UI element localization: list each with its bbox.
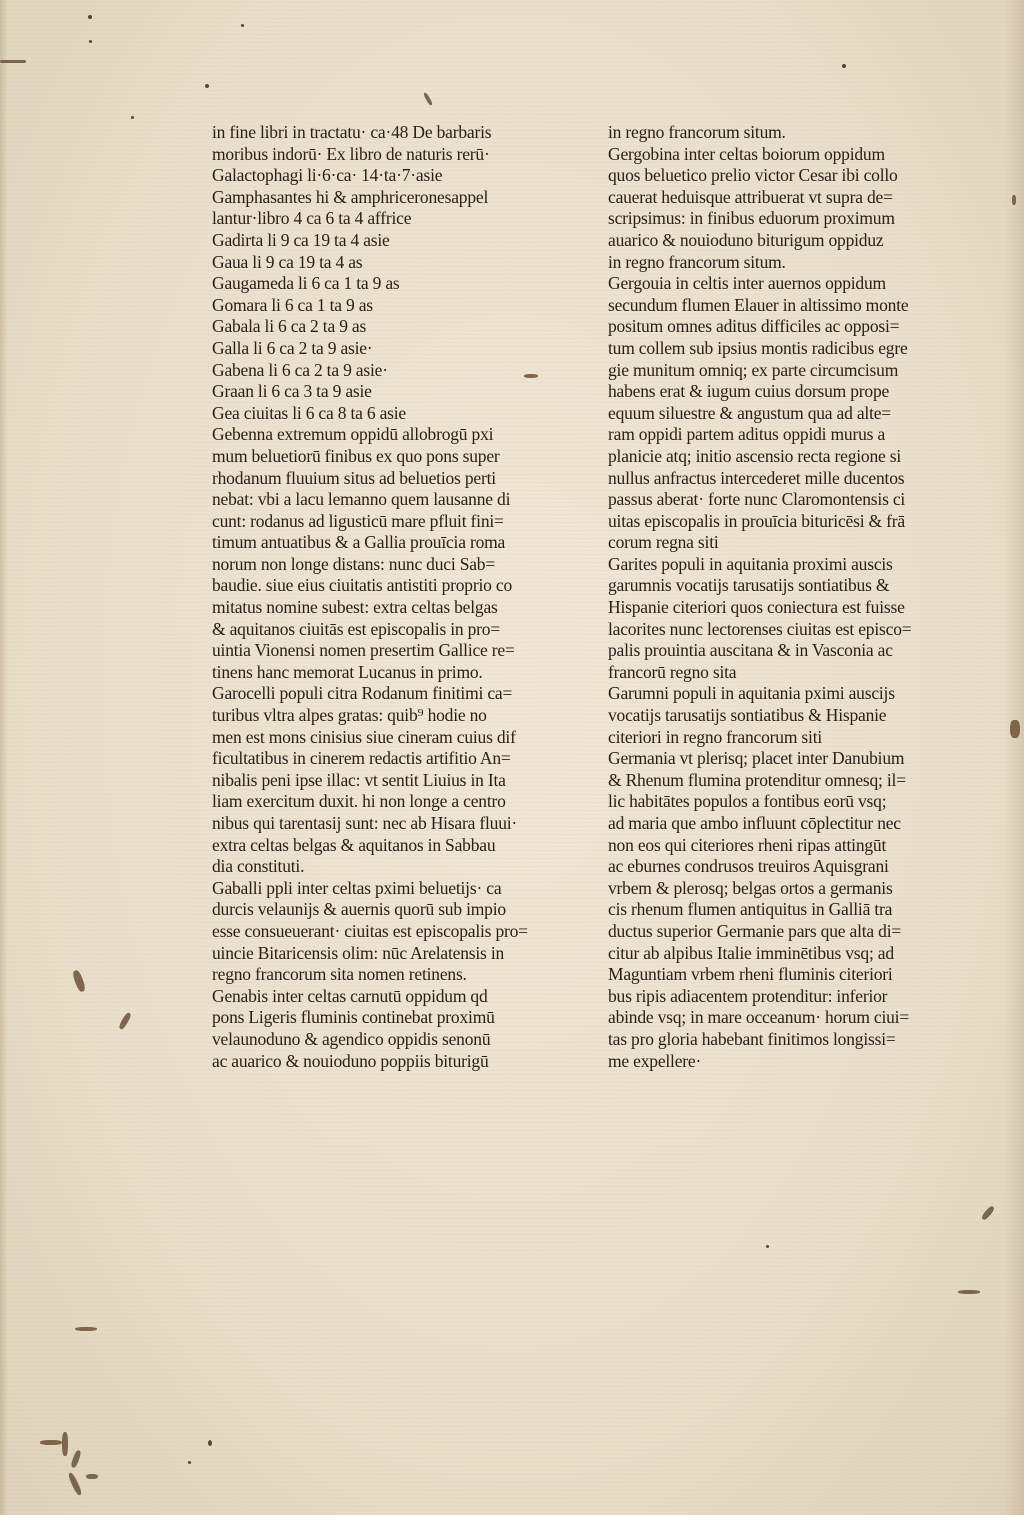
text-line: vrbem & plerosq; belgas ortos a germanis	[608, 878, 968, 900]
text-line: nullus anfractus intercederet mille duce…	[608, 468, 968, 490]
text-line: Gea ciuitas li 6 ca 8 ta 6 asie	[212, 403, 572, 425]
text-line: norum non longe distans: nunc duci Sab=	[212, 554, 572, 576]
text-line: timum antuatibus & a Gallia prouīcia rom…	[212, 532, 572, 554]
foxing-speck	[88, 15, 92, 19]
text-line: corum regna siti	[608, 532, 968, 554]
text-line: secundum flumen Elauer in altissimo mont…	[608, 295, 968, 317]
text-line: auarico & nouioduno biturigum oppiduz	[608, 230, 968, 252]
text-line: Gabala li 6 ca 2 ta 9 as	[212, 316, 572, 338]
text-line: passus aberat· forte nunc Claromontensis…	[608, 489, 968, 511]
text-line: Garites populi in aquitania proximi ausc…	[608, 554, 968, 576]
text-line: uitas episcopalis in prouīcia bituricēsi…	[608, 511, 968, 533]
text-line: bus ripis adiacentem protenditur: inferi…	[608, 986, 968, 1008]
text-line: mitatus nomine subest: extra celtas belg…	[212, 597, 572, 619]
ink-mark	[423, 92, 433, 106]
text-line: lacorites nunc lectorenses ciuitas est e…	[608, 619, 968, 641]
text-line: citur ab alpibus Italie imminētibus vsq;…	[608, 943, 968, 965]
text-line: Genabis inter celtas carnutū oppidum qd	[212, 986, 572, 1008]
text-line: Gaugameda li 6 ca 1 ta 9 as	[212, 273, 572, 295]
text-line: palis prouintia auscitana & in Vasconia …	[608, 640, 968, 662]
ink-mark	[40, 1440, 62, 1445]
text-line: ram oppidi partem aditus oppidi murus a	[608, 424, 968, 446]
text-line: Gabena li 6 ca 2 ta 9 asie·	[212, 360, 572, 382]
foxing-speck	[766, 1245, 769, 1248]
text-line: Galactophagi li·6·ca· 14·ta·7·asie	[212, 165, 572, 187]
text-line: gie munitum omniq; ex parte circumcisum	[608, 360, 968, 382]
text-line: uincie Bitaricensis olim: nūc Arelatensi…	[212, 943, 572, 965]
ink-mark	[958, 1290, 980, 1294]
text-line: non eos qui citeriores rheni ripas attin…	[608, 835, 968, 857]
ink-mark	[981, 1205, 996, 1221]
text-line: citeriori in regno francorum siti	[608, 727, 968, 749]
text-line: Galla li 6 ca 2 ta 9 asie·	[212, 338, 572, 360]
text-line: lantur·libro 4 ca 6 ta 4 affrice	[212, 208, 572, 230]
text-line: lic habitātes populos a fontibus eorū vs…	[608, 791, 968, 813]
foxing-speck	[188, 1461, 191, 1464]
text-line: tinens hanc memorat Lucanus in primo.	[212, 662, 572, 684]
text-column-left: in fine libri in tractatu· ca·48 De barb…	[212, 122, 572, 1072]
text-line: turibus vltra alpes gratas: quib⁹ hodie …	[212, 705, 572, 727]
ink-mark	[71, 969, 86, 992]
text-line: Gebenna extremum oppidū allobrogū pxi	[212, 424, 572, 446]
text-line: ac auarico & nouioduno poppiis biturigū	[212, 1051, 572, 1073]
text-line: men est mons cinisius siue cineram cuius…	[212, 727, 572, 749]
ink-mark	[86, 1474, 98, 1479]
text-line: equum siluestre & angustum qua ad alte=	[608, 403, 968, 425]
foxing-speck	[131, 116, 134, 119]
foxing-speck	[89, 40, 92, 43]
text-line: liam exercitum duxit. hi non longe a cen…	[212, 791, 572, 813]
ink-mark	[0, 60, 26, 63]
text-line: pons Ligeris fluminis continebat proximū	[212, 1007, 572, 1029]
text-line: & Rhenum flumina protenditur omnesq; il=	[608, 770, 968, 792]
text-line: & aquitanos ciuitās est episcopalis in p…	[212, 619, 572, 641]
text-line: in fine libri in tractatu· ca·48 De barb…	[212, 122, 572, 144]
text-line: Gaballi ppli inter celtas pximi beluetij…	[212, 878, 572, 900]
text-line: francorū regno sita	[608, 662, 968, 684]
text-line: dia constituti.	[212, 856, 572, 878]
text-line: baudie. siue eius ciuitatis antistiti pr…	[212, 575, 572, 597]
text-line: Gadirta li 9 ca 19 ta 4 asie	[212, 230, 572, 252]
text-column-right: in regno francorum situm. Gergobina inte…	[608, 122, 968, 1072]
ink-mark	[70, 1450, 82, 1469]
text-line: ac eburnes condrusos treuiros Aquisgrani	[608, 856, 968, 878]
text-line: velaunoduno & agendico oppidis senonū	[212, 1029, 572, 1051]
text-line: durcis velaunijs & auernis quorū sub imp…	[212, 899, 572, 921]
text-line: in regno francorum situm.	[608, 122, 968, 144]
text-line: cauerat heduisque attribuerat vt supra d…	[608, 187, 968, 209]
text-line: cis rhenum flumen antiquitus in Galliā t…	[608, 899, 968, 921]
text-line: me expellere·	[608, 1051, 968, 1073]
text-line: regno francorum sita nomen retinens.	[212, 964, 572, 986]
ink-mark	[75, 1327, 97, 1331]
text-line: Maguntiam vrbem rheni fluminis citeriori	[608, 964, 968, 986]
text-line: habens erat & iugum cuius dorsum prope	[608, 381, 968, 403]
text-line: nebat: vbi a lacu lemanno quem lausanne …	[212, 489, 572, 511]
text-line: Germania vt plerisq; placet inter Danubi…	[608, 748, 968, 770]
text-line: vocatijs tarusatijs sontiatibus & Hispan…	[608, 705, 968, 727]
text-line: Garumni populi in aquitania pximi auscij…	[608, 683, 968, 705]
text-line: cunt: rodanus ad ligusticū mare pfluit f…	[212, 511, 572, 533]
text-line: extra celtas belgas & aquitanos in Sabba…	[212, 835, 572, 857]
foxing-speck	[842, 64, 846, 68]
ink-mark	[1012, 195, 1016, 205]
text-line: planicie atq; initio ascensio recta regi…	[608, 446, 968, 468]
text-line: Garocelli populi citra Rodanum finitimi …	[212, 683, 572, 705]
text-line: tas pro gloria habebant finitimos longis…	[608, 1029, 968, 1051]
text-line: ficultatibus in cinerem redactis artifit…	[212, 748, 572, 770]
text-line: Gergouia in celtis inter auernos oppidum	[608, 273, 968, 295]
text-line: Gaua li 9 ca 19 ta 4 as	[212, 252, 572, 274]
foxing-speck	[205, 84, 209, 88]
text-line: Gomara li 6 ca 1 ta 9 as	[212, 295, 572, 317]
text-line: moribus indorū· Ex libro de naturis rerū…	[212, 144, 572, 166]
text-line: mum beluetiorū finibus ex quo pons super	[212, 446, 572, 468]
text-line: uintia Vionensi nomen presertim Gallice …	[212, 640, 572, 662]
text-line: ductus superior Germanie pars que alta d…	[608, 921, 968, 943]
page-edge-right	[1004, 0, 1024, 1515]
ink-mark	[62, 1432, 68, 1456]
text-line: nibus qui tarentasij sunt: nec ab Hisara…	[212, 813, 572, 835]
text-line: scripsimus: in finibus eduorum proximum	[608, 208, 968, 230]
ink-mark	[1010, 720, 1020, 738]
text-line: esse consueuerant· ciuitas est episcopal…	[212, 921, 572, 943]
text-line: abinde vsq; in mare occeanum· horum ciui…	[608, 1007, 968, 1029]
text-line: nibalis peni ipse illac: vt sentit Liuiu…	[212, 770, 572, 792]
text-line: in regno francorum situm.	[608, 252, 968, 274]
manuscript-page: in fine libri in tractatu· ca·48 De barb…	[0, 0, 1024, 1515]
text-line: quos beluetico prelio victor Cesar ibi c…	[608, 165, 968, 187]
foxing-speck	[208, 1440, 212, 1446]
text-line: positum omnes aditus difficiles ac oppos…	[608, 316, 968, 338]
text-line: rhodanum fluuium situs ad beluetios pert…	[212, 468, 572, 490]
ink-mark	[118, 1012, 132, 1031]
page-edge-left	[0, 0, 8, 1515]
text-line: Hispanie citeriori quos coniectura est f…	[608, 597, 968, 619]
text-line: Gergobina inter celtas boiorum oppidum	[608, 144, 968, 166]
text-line: Gamphasantes hi & amphriceronesappel	[212, 187, 572, 209]
text-line: garumnis vocatijs tarusatijs sontiatibus…	[608, 575, 968, 597]
text-line: ad maria que ambo influunt cōplectitur n…	[608, 813, 968, 835]
text-line: tum collem sub ipsius montis radicibus e…	[608, 338, 968, 360]
text-line: Graan li 6 ca 3 ta 9 asie	[212, 381, 572, 403]
ink-mark	[67, 1472, 83, 1496]
foxing-speck	[241, 24, 244, 27]
